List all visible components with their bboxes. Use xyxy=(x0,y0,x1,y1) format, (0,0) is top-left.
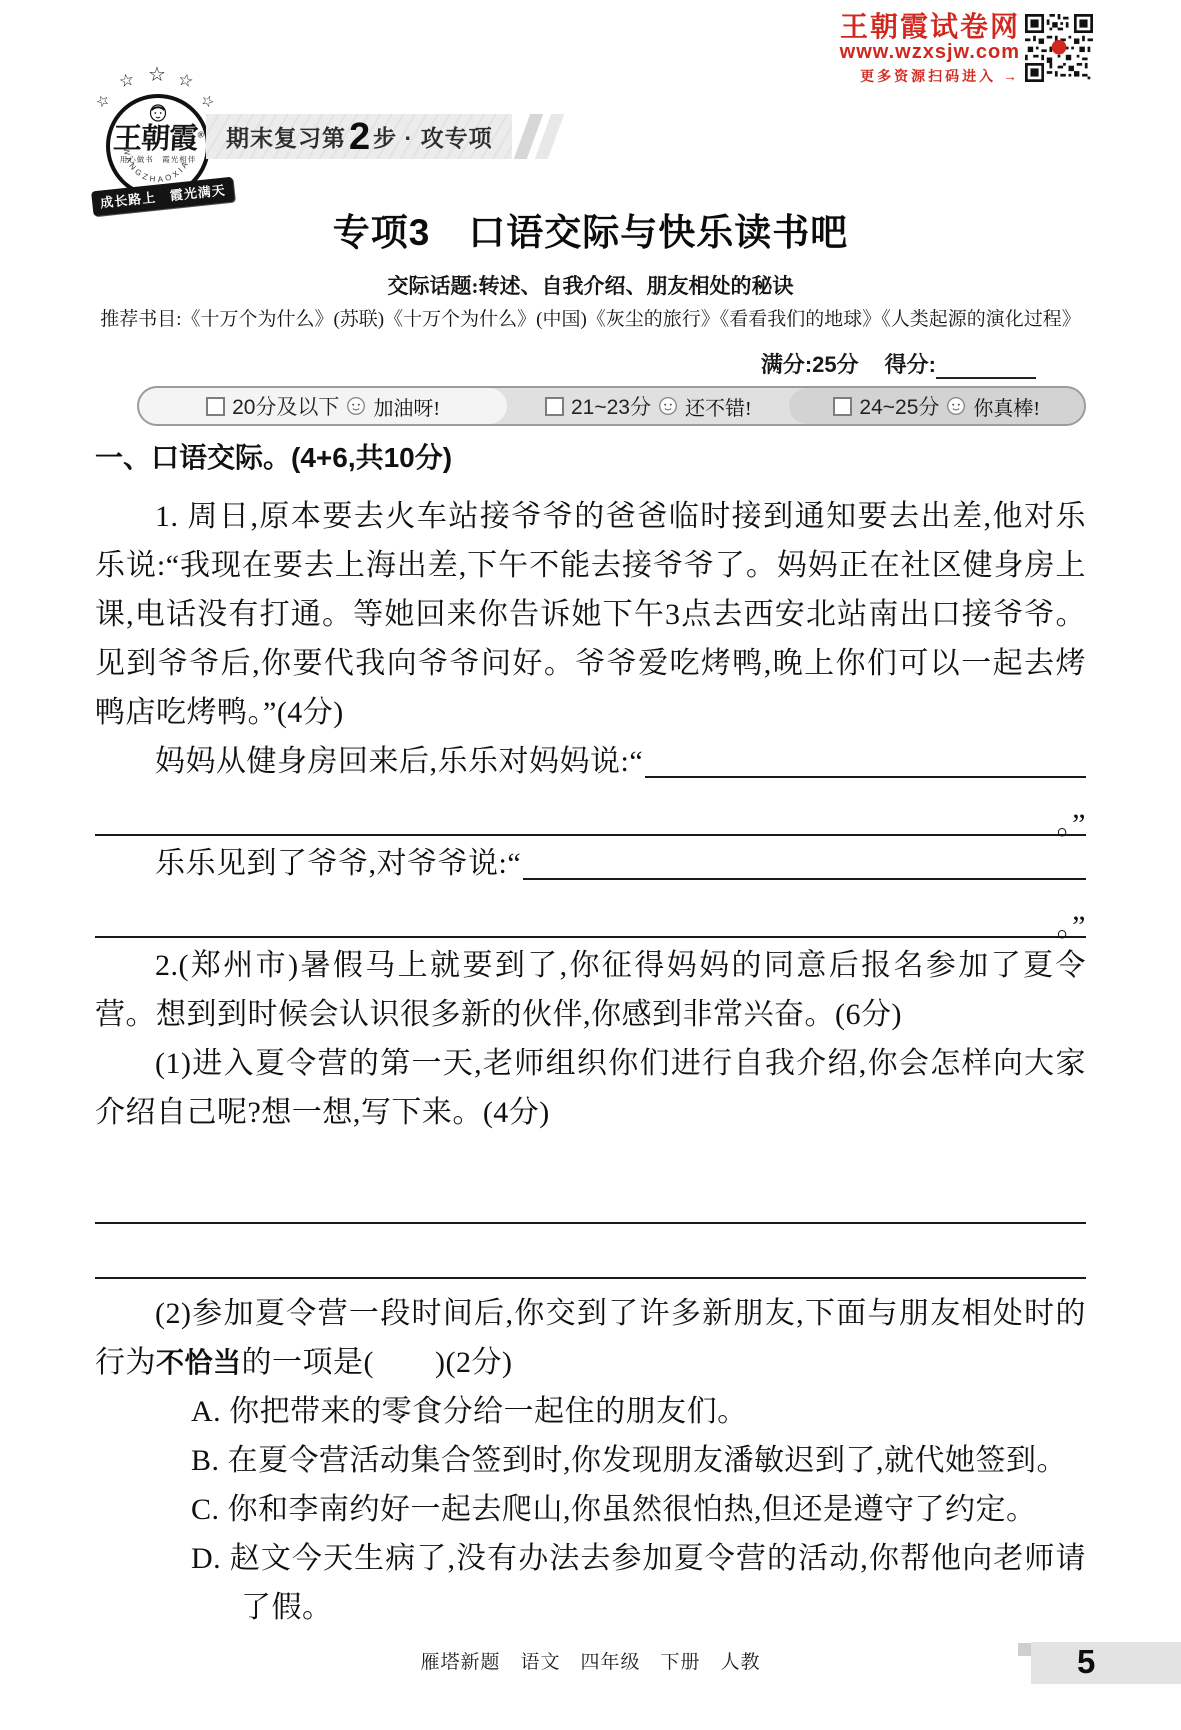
page-number-box: 5 xyxy=(1031,1642,1181,1684)
q2-sub2-post: 的一项是( )(2分) xyxy=(242,1346,513,1379)
score-checkbox-high[interactable] xyxy=(833,397,852,416)
q1-prompt-grandpa: 乐乐见到了爷爷,对爷爷说:“ xyxy=(95,839,521,888)
star-icon: ☆ xyxy=(176,70,195,93)
score-range-high: 24~25分 xyxy=(859,391,939,421)
band-step-number: 2 xyxy=(349,118,370,156)
score-checkbox-mid[interactable] xyxy=(545,397,564,416)
header-band: 期末复习第 2 步 · 攻专项 xyxy=(206,114,512,159)
q1-blank-endmark: 。” xyxy=(1057,810,1086,840)
question-2-sub1: (1)进入夏令营的第一天,老师组织你们进行自我介绍,你会怎样向大家介绍自己呢?想… xyxy=(95,1039,1086,1137)
brand-block: 王朝霞试卷网 www.wzxsjw.com 更多资源扫码进入 → xyxy=(840,12,1020,86)
q1-answer-blank-mom[interactable] xyxy=(645,737,1086,778)
logo-ring-text-svg: WANGZHAOXIA xyxy=(110,98,206,194)
q1-answer-blank-grandpa[interactable] xyxy=(523,839,1086,880)
q2-sub2-bold-term: 不恰当 xyxy=(156,1347,242,1378)
q2-sub1-answer-line-1[interactable] xyxy=(95,1169,1086,1224)
page-title: 专项3 口语交际与快乐读书吧 xyxy=(0,202,1181,256)
q1-prompt-mom: 妈妈从健身房回来后,乐乐对妈妈说:“ xyxy=(95,737,643,786)
option-c: C. 你和李南约好一起去爬山,你虽然很怕热,但还是遵守了约定。 xyxy=(95,1485,1086,1534)
footer-book-info: 雁塔新题 语文 四年级 下册 人教 xyxy=(0,1647,1181,1674)
q1-blank-endmark: 。” xyxy=(1057,912,1086,942)
face-icon xyxy=(658,396,678,416)
svg-text:WANGZHAOXIA: WANGZHAOXIA xyxy=(122,147,192,184)
full-score-label: 满分:25分 xyxy=(761,352,859,377)
got-score-blank[interactable] xyxy=(936,355,1036,379)
q2-sub1-answer-area xyxy=(95,1169,1086,1279)
score-band-mid: 21~23分 还不错! xyxy=(507,388,789,424)
question-1-text: 1. 周日,原本要去火车站接爷爷的爸爸临时接到通知要去出差,他对乐乐说:“我现在… xyxy=(95,492,1086,737)
topic-line: 交际话题:转述、自我介绍、朋友相处的秘诀 xyxy=(0,270,1181,300)
star-icon: ☆ xyxy=(117,70,136,93)
band-text-post: 步 · 攻专项 xyxy=(373,120,492,153)
q2-sub1-answer-line-2[interactable] xyxy=(95,1224,1086,1279)
brand-site-name: 王朝霞试卷网 xyxy=(840,12,1020,41)
question-2-intro: 2.(郑州市)暑假马上就要到了,你征得妈妈的同意后报名参加了夏令营。想到到时候会… xyxy=(95,941,1086,1039)
question-2-sub2: (2)参加夏令营一段时间后,你交到了许多新朋友,下面与朋友相处时的行为不恰当的一… xyxy=(95,1289,1086,1387)
star-icon: ☆ xyxy=(148,62,166,86)
band-text-pre: 期末复习第 xyxy=(226,120,346,153)
option-b: B. 在夏令营活动集合签到时,你发现朋友潘敏迟到了,就代她签到。 xyxy=(95,1436,1086,1485)
score-band-bar: 20分及以下 加油呀! 21~23分 还不错! 24~25分 你真棒! xyxy=(137,386,1086,426)
score-praise-low: 加油呀! xyxy=(373,392,440,421)
main-content: 一、口语交际。(4+6,共10分) 1. 周日,原本要去火车站接爷爷的爸爸临时接… xyxy=(95,438,1086,1632)
q1-answer-blank-grandpa-2[interactable]: 。” xyxy=(95,888,1086,938)
brand-site-url: www.wzxsjw.com xyxy=(840,41,1020,64)
q1-prompt-mom-line: 妈妈从健身房回来后,乐乐对妈妈说:“ xyxy=(95,737,1086,786)
footer-deco-square xyxy=(1018,1643,1031,1656)
score-line: 满分:25分得分: xyxy=(761,348,1036,379)
option-a: A. 你把带来的零食分给一起住的朋友们。 xyxy=(95,1387,1086,1436)
q1-prompt-grandpa-line: 乐乐见到了爷爷,对爷爷说:“ xyxy=(95,839,1086,888)
section-heading: 一、口语交际。(4+6,共10分) xyxy=(95,438,1086,478)
score-range-low: 20分及以下 xyxy=(232,391,339,421)
score-band-high: 24~25分 你真棒! xyxy=(789,388,1084,424)
got-score-label: 得分: xyxy=(885,352,936,377)
logo-ring-text: WANGZHAOXIA xyxy=(122,147,192,184)
booklist-line: 推荐书目:《十万个为什么》(苏联)《十万个为什么》(中国)《灰尘的旅行》《看看我… xyxy=(0,304,1181,331)
score-praise-high: 你真棒! xyxy=(973,392,1040,421)
q1-answer-blank-mom-2[interactable]: 。” xyxy=(95,786,1086,836)
qr-code-icon xyxy=(1025,14,1093,82)
page-number: 5 xyxy=(1077,1643,1095,1681)
face-icon xyxy=(946,396,966,416)
score-range-mid: 21~23分 xyxy=(571,391,651,421)
worksheet-page: 王朝霞试卷网 www.wzxsjw.com 更多资源扫码进入 → xyxy=(0,0,1181,1730)
score-band-low: 20分及以下 加油呀! xyxy=(139,388,507,424)
face-icon xyxy=(346,396,366,416)
score-praise-mid: 还不错! xyxy=(685,392,752,421)
option-d: D. 赵文今天生病了,没有办法去参加夏令营的活动,你帮他向老师请了假。 xyxy=(95,1534,1086,1632)
score-checkbox-low[interactable] xyxy=(206,397,225,416)
brand-scan-hint: 更多资源扫码进入 → xyxy=(840,66,1020,86)
